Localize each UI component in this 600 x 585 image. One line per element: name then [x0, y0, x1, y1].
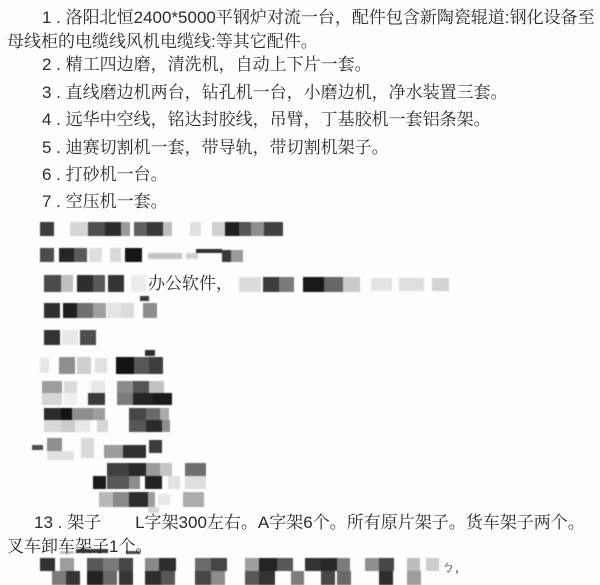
redaction-cell: [186, 253, 198, 259]
redaction-cell: [158, 494, 170, 505]
redaction-cell: [32, 445, 43, 450]
redaction-cell: [365, 558, 379, 571]
redaction-cell: [133, 393, 153, 405]
redaction-cell: [277, 558, 293, 571]
redaction-cell: [117, 381, 133, 393]
item-number: 13 .: [34, 513, 67, 532]
redaction-cell: [119, 571, 133, 585]
redaction-cell: [337, 558, 350, 571]
redaction-cell: [426, 558, 439, 571]
redaction-cell: [146, 408, 160, 420]
redaction-cell: [77, 303, 93, 318]
redaction-cell: [44, 420, 61, 432]
redaction-cell: [91, 381, 105, 393]
redaction-cell: [143, 303, 157, 318]
redaction-cell: [321, 558, 337, 571]
redaction-cell: [196, 249, 222, 253]
redaction-cell: [123, 445, 146, 458]
redaction-cell: [104, 445, 123, 458]
redaction-cell: [107, 476, 129, 489]
redaction-cell: [62, 330, 78, 345]
redaction-cell: [44, 408, 61, 420]
redaction-cell: [108, 275, 124, 292]
redaction-cell: [148, 492, 155, 507]
redaction-cell: [75, 420, 90, 432]
redaction-cell: [251, 222, 264, 236]
redaction-cell: [129, 420, 146, 432]
redaction-cell: [239, 277, 261, 292]
redaction-cell: [93, 275, 105, 292]
item-text: 架子 L字架300左右。A字架6个。所有原片架子。货车架子两个。叉车卸车架子1个…: [7, 513, 585, 556]
redaction-cell: [337, 571, 351, 585]
redaction-cell: [259, 571, 275, 585]
redaction-cell: [99, 492, 113, 507]
redaction-cell: [61, 275, 73, 292]
redaction-cell: [88, 393, 105, 405]
redaction-cell: [195, 558, 211, 571]
redaction-cell: [60, 558, 74, 571]
redaction-cell: [42, 393, 62, 405]
redaction-cell: [105, 222, 121, 236]
redaction-cell: [44, 330, 60, 345]
redaction-cell: [52, 571, 66, 585]
redaction-cell: [185, 476, 206, 489]
redaction-cell: [264, 222, 283, 236]
redaction-cell: [160, 408, 169, 420]
redaction-cell: [59, 357, 75, 374]
redaction-cell: [70, 222, 88, 236]
redaction-cell: [121, 303, 134, 318]
redaction-cell: [149, 440, 162, 453]
redaction-cell: [432, 278, 449, 291]
document-page: 1 . 洛阳北恒2400*5000平钢炉对流一台，配件包含新陶瓷辊道:钢化设备至…: [0, 0, 600, 585]
redaction-cell: [168, 476, 180, 489]
redaction-cell: [259, 558, 277, 571]
redaction-cell: [81, 438, 94, 458]
redaction-cell: [93, 476, 106, 489]
redaction-cell: [59, 248, 74, 262]
redaction-cell: [66, 571, 80, 585]
redaction-cell: [116, 357, 134, 374]
redaction-cell: [64, 381, 77, 393]
redaction-cell: [74, 248, 87, 262]
redaction-cell: [72, 408, 93, 420]
redaction-cell: [107, 463, 129, 476]
redaction-cell: [117, 393, 133, 405]
redaction-cell: [146, 420, 162, 432]
redaction-cell: [93, 408, 105, 420]
redaction-cell: [47, 451, 74, 460]
redaction-cell: [379, 571, 393, 585]
redaction-cell: [161, 571, 175, 585]
redaction-cell: [119, 558, 133, 571]
redaction-cell: [47, 438, 62, 451]
redaction-cell: [399, 278, 424, 291]
redaction-cell: [231, 250, 243, 262]
redaction-cell: [291, 571, 304, 585]
visible-text-office-software: 办公软件，: [148, 274, 233, 294]
redaction-cell: [121, 222, 130, 236]
redaction-cell: [133, 381, 149, 393]
redaction-cell: [103, 558, 119, 571]
redaction-cell: [185, 463, 206, 476]
redaction-cell: [40, 558, 55, 571]
redaction-cell: [129, 408, 146, 420]
redaction-cell: [61, 420, 75, 432]
redaction-cell: [225, 222, 239, 236]
redaction-cell: [211, 558, 227, 571]
redaction-cell: [163, 222, 172, 236]
redaction-cell: [129, 463, 146, 476]
redaction-cell: [145, 571, 161, 585]
redaction-cell: [162, 420, 170, 432]
redaction-cell: [324, 277, 343, 292]
redaction-cell: [190, 222, 201, 236]
redaction-cell: [64, 393, 77, 405]
redaction-cell: [160, 463, 172, 476]
redaction-cell: [222, 250, 231, 262]
redaction-cell: [212, 222, 225, 236]
list-item-13: 13 . 架子 L字架300左右。A字架6个。所有原片架子。货车架子两个。叉车卸…: [7, 511, 595, 559]
redaction-cell: [148, 253, 182, 259]
redaction-cell: [63, 303, 77, 318]
redaction-cell: [103, 571, 117, 585]
redaction-cell: [147, 222, 163, 236]
redaction-cell: [87, 571, 103, 585]
redaction-cell: [239, 222, 251, 236]
redaction-cell: [61, 408, 72, 420]
redaction-cell: [110, 248, 121, 262]
redaction-cell: [89, 248, 102, 262]
redaction-cell: [153, 393, 172, 405]
redaction-cell: [211, 571, 225, 585]
redaction-cell: [77, 357, 91, 374]
redaction-cell: [88, 222, 105, 236]
redaction-cell: [146, 463, 160, 476]
redaction-cell: [159, 558, 176, 571]
redaction-cell: [97, 420, 108, 432]
redaction-cell: [129, 476, 140, 489]
redaction-cell: [40, 222, 54, 236]
redaction-cell: [40, 248, 54, 262]
redaction-remnant-glyph: ㄅ,: [441, 557, 459, 577]
redaction-cell: [134, 222, 147, 236]
redaction-mosaic: [0, 0, 600, 585]
redaction-cell: [245, 558, 259, 571]
redaction-cell: [125, 248, 142, 262]
redaction-cell: [131, 275, 146, 292]
redaction-cell: [40, 358, 49, 373]
redaction-cell: [95, 358, 107, 373]
redaction-cell: [149, 357, 163, 374]
redaction-cell: [183, 492, 204, 507]
redaction-cell: [279, 277, 294, 292]
redaction-cell: [44, 275, 61, 292]
redaction-cell: [407, 571, 421, 585]
redaction-cell: [145, 476, 162, 489]
redaction-cell: [77, 275, 93, 292]
redaction-cell: [93, 303, 106, 318]
redaction-cell: [44, 303, 60, 318]
redaction-cell: [343, 277, 360, 292]
redaction-cell: [303, 277, 324, 292]
redaction-cell: [140, 296, 149, 301]
redaction-cell: [321, 571, 335, 585]
redaction-cell: [80, 330, 96, 345]
redaction-cell: [113, 492, 129, 507]
redaction-cell: [129, 492, 148, 507]
redaction-cell: [407, 558, 420, 571]
redaction-cell: [305, 558, 321, 571]
redaction-cell: [263, 277, 279, 292]
redaction-cell: [149, 381, 164, 393]
redaction-cell: [134, 357, 149, 374]
redaction-cell: [42, 381, 62, 393]
redaction-cell: [379, 558, 394, 571]
redaction-cell: [195, 571, 211, 585]
redaction-cell: [107, 303, 121, 318]
redaction-cell: [371, 278, 392, 291]
redaction-cell: [145, 350, 155, 356]
redaction-cell: [87, 558, 103, 571]
redaction-cell: [145, 558, 159, 571]
